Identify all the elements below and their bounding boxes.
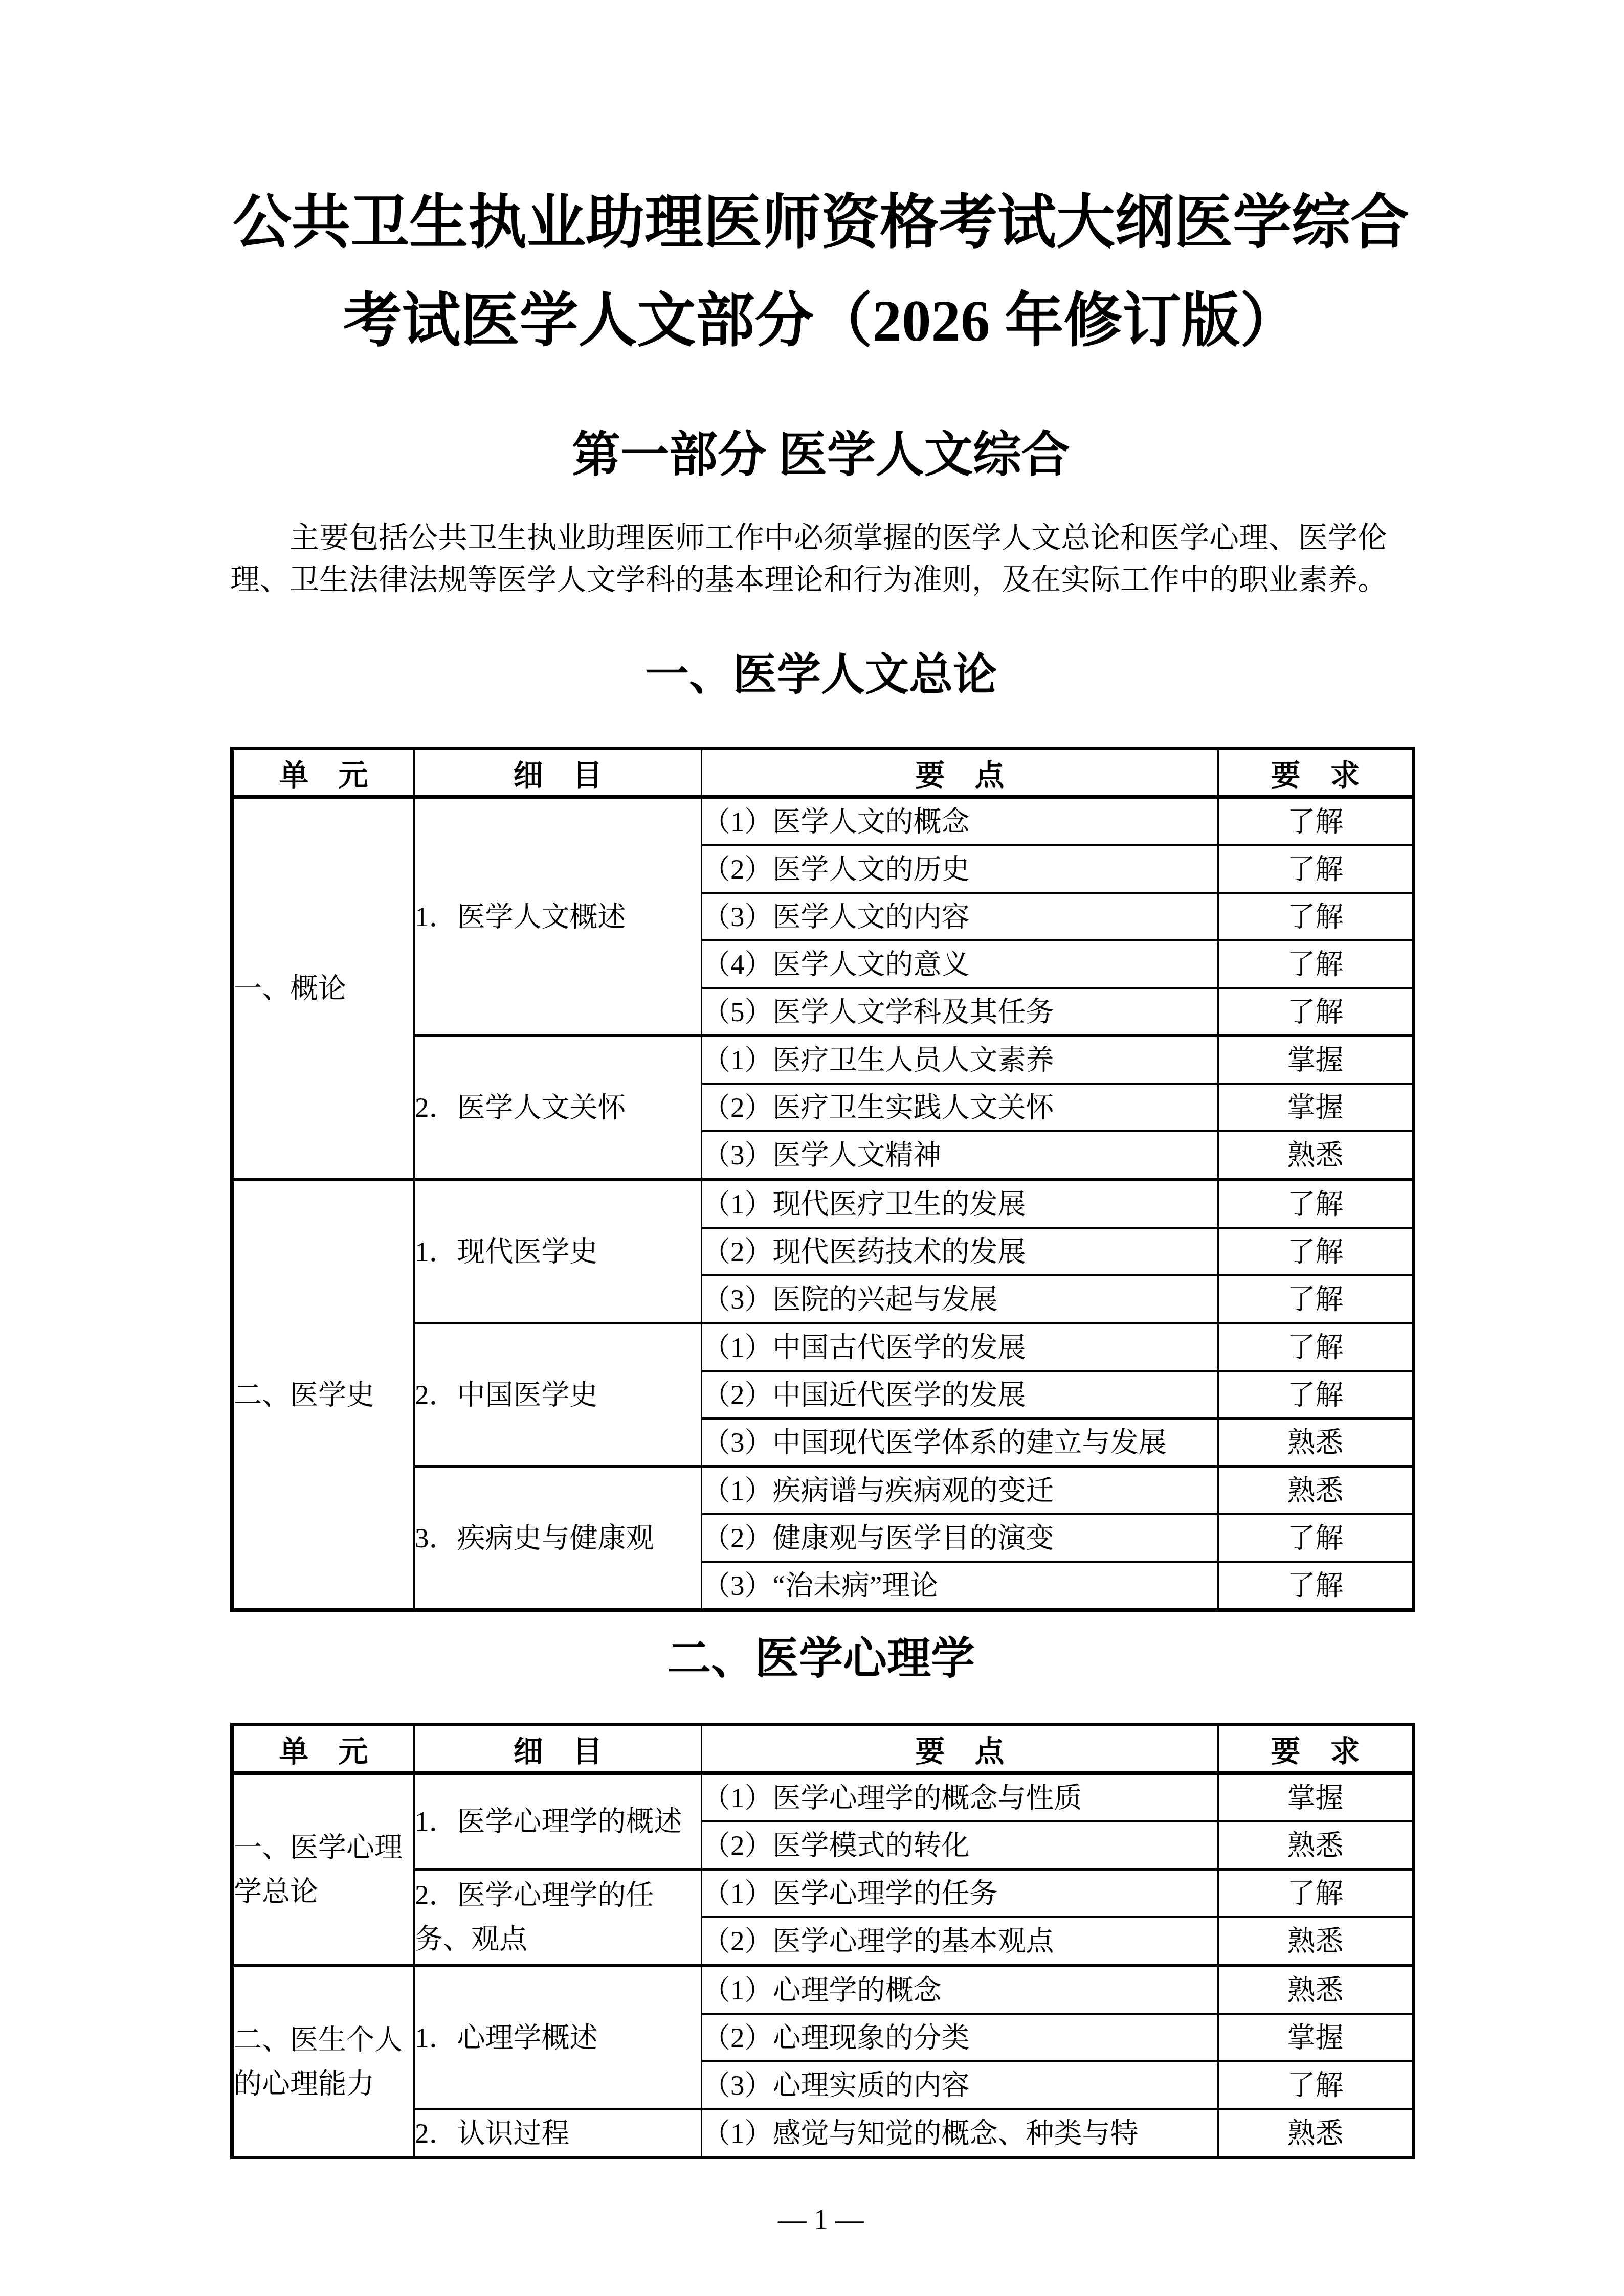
- point-cell: （3）医学人文精神: [702, 1131, 1218, 1180]
- section-medical-humanities-overview: 一、医学人文总论 单 元细 目要 点要 求一、概论1．医学人文概述（1）医学人文…: [230, 644, 1412, 1612]
- document-title-line: 考试医学人文部分（2026 年修订版）: [230, 272, 1412, 370]
- point-cell: （5）医学人文学科及其任务: [702, 988, 1218, 1036]
- item-cell: 2．医学心理学的任务、观点: [414, 1870, 702, 1966]
- table-row: 二、医生个人的心理能力1．心理学概述（1）心理学的概念熟悉: [232, 1966, 1414, 2014]
- point-cell: （3）“治未病”理论: [702, 1562, 1218, 1610]
- point-cell: （2）健康观与医学目的演变: [702, 1514, 1218, 1562]
- requirement-cell: 了解: [1218, 1180, 1414, 1228]
- section-medical-psychology: 二、医学心理学 单 元细 目要 点要 求一、医学心理学总论1．医学心理学的概述（…: [230, 1628, 1412, 2159]
- point-cell: （3）医院的兴起与发展: [702, 1275, 1218, 1323]
- requirement-cell: 了解: [1218, 1371, 1414, 1419]
- requirement-cell: 了解: [1218, 988, 1414, 1036]
- requirement-cell: 熟悉: [1218, 1966, 1414, 2014]
- requirement-cell: 了解: [1218, 1275, 1414, 1323]
- requirement-cell: 掌握: [1218, 1036, 1414, 1084]
- point-cell: （2）医学心理学的基本观点: [702, 1917, 1218, 1966]
- column-header: 要 求: [1218, 1725, 1414, 1773]
- column-header: 要 点: [702, 1725, 1218, 1773]
- column-header: 细 目: [414, 749, 702, 797]
- document-title: 公共卫生执业助理医师资格考试大纲医学综合 考试医学人文部分（2026 年修订版）: [230, 174, 1412, 370]
- requirement-cell: 掌握: [1218, 1773, 1414, 1822]
- column-header: 细 目: [414, 1725, 702, 1773]
- document-page: { "page": { "title_lines": [ "公共卫生执业助理医师…: [0, 0, 1624, 2296]
- syllabus-table: 单 元细 目要 点要 求一、医学心理学总论1．医学心理学的概述（1）医学心理学的…: [230, 1723, 1415, 2159]
- column-header: 单 元: [232, 749, 414, 797]
- requirement-cell: 了解: [1218, 1323, 1414, 1371]
- point-cell: （1）现代医疗卫生的发展: [702, 1180, 1218, 1228]
- point-cell: （3）中国现代医学体系的建立与发展: [702, 1419, 1218, 1467]
- item-cell: 1．心理学概述: [414, 1966, 702, 2109]
- point-cell: （1）医学心理学的任务: [702, 1870, 1218, 1918]
- intro-line: 理、卫生法律法规等医学人文学科的基本理论和行为准则，及在实际工作中的职业素养。: [230, 559, 1412, 601]
- point-cell: （4）医学人文的意义: [702, 940, 1218, 988]
- point-cell: （2）医学人文的历史: [702, 845, 1218, 893]
- column-header: 要 点: [702, 749, 1218, 797]
- table-header-row: 单 元细 目要 点要 求: [232, 1725, 1414, 1773]
- point-cell: （1）中国古代医学的发展: [702, 1323, 1218, 1371]
- point-cell: （2）心理现象的分类: [702, 2014, 1218, 2061]
- table-row: 一、概论1．医学人文概述（1）医学人文的概念了解: [232, 797, 1414, 846]
- item-cell: 2．中国医学史: [414, 1323, 702, 1467]
- requirement-cell: 了解: [1218, 1562, 1414, 1610]
- point-cell: （1）心理学的概念: [702, 1966, 1218, 2014]
- requirement-cell: 掌握: [1218, 2014, 1414, 2061]
- item-cell: 1．现代医学史: [414, 1180, 702, 1323]
- page-number: — 1 —: [230, 2199, 1412, 2240]
- intro-line: 主要包括公共卫生执业助理医师工作中必须掌握的医学人文总论和医学心理、医学伦: [230, 517, 1412, 559]
- requirement-cell: 了解: [1218, 797, 1414, 846]
- requirement-cell: 熟悉: [1218, 1821, 1414, 1870]
- table-row: 一、医学心理学总论1．医学心理学的概述（1）医学心理学的概念与性质掌握: [232, 1773, 1414, 1822]
- point-cell: （2）中国近代医学的发展: [702, 1371, 1218, 1419]
- requirement-cell: 熟悉: [1218, 2109, 1414, 2158]
- intro-paragraph: 主要包括公共卫生执业助理医师工作中必须掌握的医学人文总论和医学心理、医学伦 理、…: [230, 517, 1412, 601]
- requirement-cell: 熟悉: [1218, 1467, 1414, 1515]
- requirement-cell: 熟悉: [1218, 1419, 1414, 1467]
- unit-cell: 一、概论: [232, 797, 414, 1180]
- table-row: 二、医学史1．现代医学史（1）现代医疗卫生的发展了解: [232, 1180, 1414, 1228]
- unit-cell: 二、医生个人的心理能力: [232, 1966, 414, 2158]
- requirement-cell: 了解: [1218, 845, 1414, 893]
- column-header: 要 求: [1218, 749, 1414, 797]
- point-cell: （1）医学心理学的概念与性质: [702, 1773, 1218, 1822]
- requirement-cell: 了解: [1218, 1228, 1414, 1275]
- requirement-cell: 了解: [1218, 940, 1414, 988]
- section-heading: 一、医学人文总论: [230, 644, 1412, 706]
- syllabus-table: 单 元细 目要 点要 求一、概论1．医学人文概述（1）医学人文的概念了解（2）医…: [230, 747, 1415, 1612]
- item-cell: 1．医学人文概述: [414, 797, 702, 1036]
- part-heading: 第一部分 医学人文综合: [230, 421, 1412, 489]
- requirement-cell: 了解: [1218, 1514, 1414, 1562]
- table-header-row: 单 元细 目要 点要 求: [232, 749, 1414, 797]
- column-header: 单 元: [232, 1725, 414, 1773]
- point-cell: （3）心理实质的内容: [702, 2061, 1218, 2109]
- point-cell: （1）感觉与知觉的概念、种类与特: [702, 2109, 1218, 2158]
- point-cell: （1）医疗卫生人员人文素养: [702, 1036, 1218, 1084]
- point-cell: （1）疾病谱与疾病观的变迁: [702, 1467, 1218, 1515]
- page-content: 公共卫生执业助理医师资格考试大纲医学综合 考试医学人文部分（2026 年修订版）…: [230, 174, 1412, 2240]
- unit-cell: 二、医学史: [232, 1180, 414, 1610]
- item-cell: 3．疾病史与健康观: [414, 1467, 702, 1610]
- point-cell: （3）医学人文的内容: [702, 893, 1218, 940]
- point-cell: （2）现代医药技术的发展: [702, 1228, 1218, 1275]
- point-cell: （2）医学模式的转化: [702, 1821, 1218, 1870]
- requirement-cell: 熟悉: [1218, 1917, 1414, 1966]
- section-heading: 二、医学心理学: [230, 1628, 1412, 1690]
- point-cell: （2）医疗卫生实践人文关怀: [702, 1084, 1218, 1131]
- item-cell: 2．认识过程: [414, 2109, 702, 2158]
- point-cell: （1）医学人文的概念: [702, 797, 1218, 846]
- requirement-cell: 了解: [1218, 2061, 1414, 2109]
- requirement-cell: 了解: [1218, 1870, 1414, 1918]
- unit-cell: 一、医学心理学总论: [232, 1773, 414, 1966]
- document-title-line: 公共卫生执业助理医师资格考试大纲医学综合: [230, 174, 1412, 272]
- item-cell: 2．医学人文关怀: [414, 1036, 702, 1180]
- requirement-cell: 掌握: [1218, 1084, 1414, 1131]
- requirement-cell: 熟悉: [1218, 1131, 1414, 1180]
- item-cell: 1．医学心理学的概述: [414, 1773, 702, 1870]
- requirement-cell: 了解: [1218, 893, 1414, 940]
